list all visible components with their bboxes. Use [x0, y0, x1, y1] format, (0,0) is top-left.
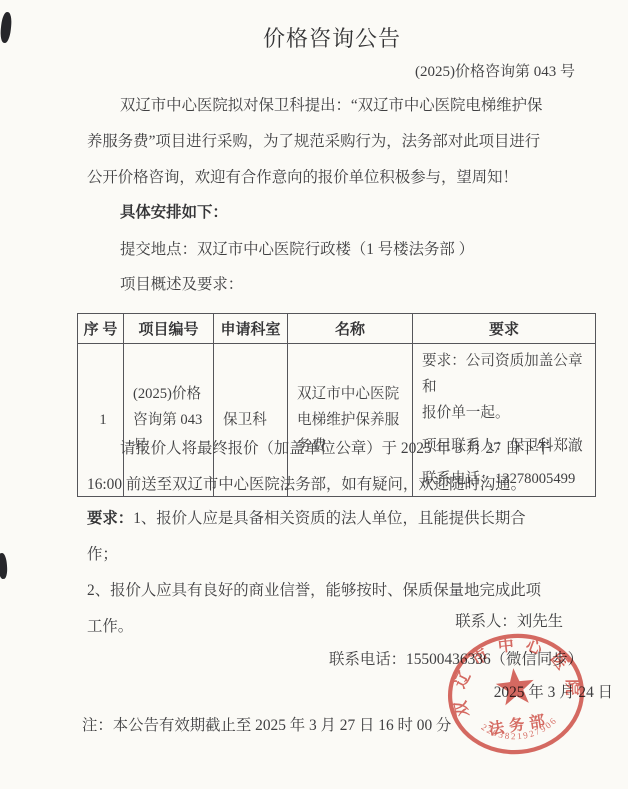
header-index: 序 号 — [78, 314, 124, 344]
header-department: 申请科室 — [214, 314, 288, 344]
requirements-first-line: 要求：1、报价人应是具备相关资质的法人单位，且能提供长期合作； — [87, 501, 555, 573]
scan-artifact-left — [0, 553, 8, 580]
requirements-first-text: 1、报价人应是具备相关资质的法人单位，且能提供长期合作； — [87, 510, 526, 563]
official-stamp: 双辽市中心医院 法务部 2203821927906 — [444, 631, 590, 761]
header-project-no: 项目编号 — [124, 314, 214, 344]
submit-location-line: 提交地点：双辽市中心医院行政楼（1 号楼法务部 ） — [120, 232, 474, 268]
arrangement-heading: 具体安排如下： — [120, 195, 228, 231]
header-requirements: 要求 — [413, 314, 596, 344]
requirements-label: 要求： — [87, 510, 133, 527]
doc-number: (2025)价格咨询第 043 号 — [415, 61, 575, 83]
deadline-paragraph: 请报价人将最终报价（加盖单位公章）于 2025 年 3 月 27 日下午16:0… — [87, 431, 555, 503]
document-page: 价格咨询公告 (2025)价格咨询第 043 号 双辽市中心医院拟对保卫科提出：… — [0, 0, 628, 789]
table-header-row: 序 号 项目编号 申请科室 名称 要求 — [78, 314, 596, 344]
intro-paragraph: 双辽市中心医院拟对保卫科提出：“双辽市中心医院电梯维护保养服务费”项目进行采购，… — [87, 88, 555, 196]
header-name: 名称 — [288, 314, 413, 344]
page-title: 价格咨询公告 — [0, 22, 628, 53]
stamp-star-icon — [494, 666, 536, 706]
contact-person-line: 联系人：刘先生 — [455, 612, 563, 632]
validity-note: 注：本公告有效期截止至 2025 年 3 月 27 日 16 时 00 分 — [82, 716, 451, 736]
overview-heading: 项目概述及要求： — [120, 267, 243, 303]
